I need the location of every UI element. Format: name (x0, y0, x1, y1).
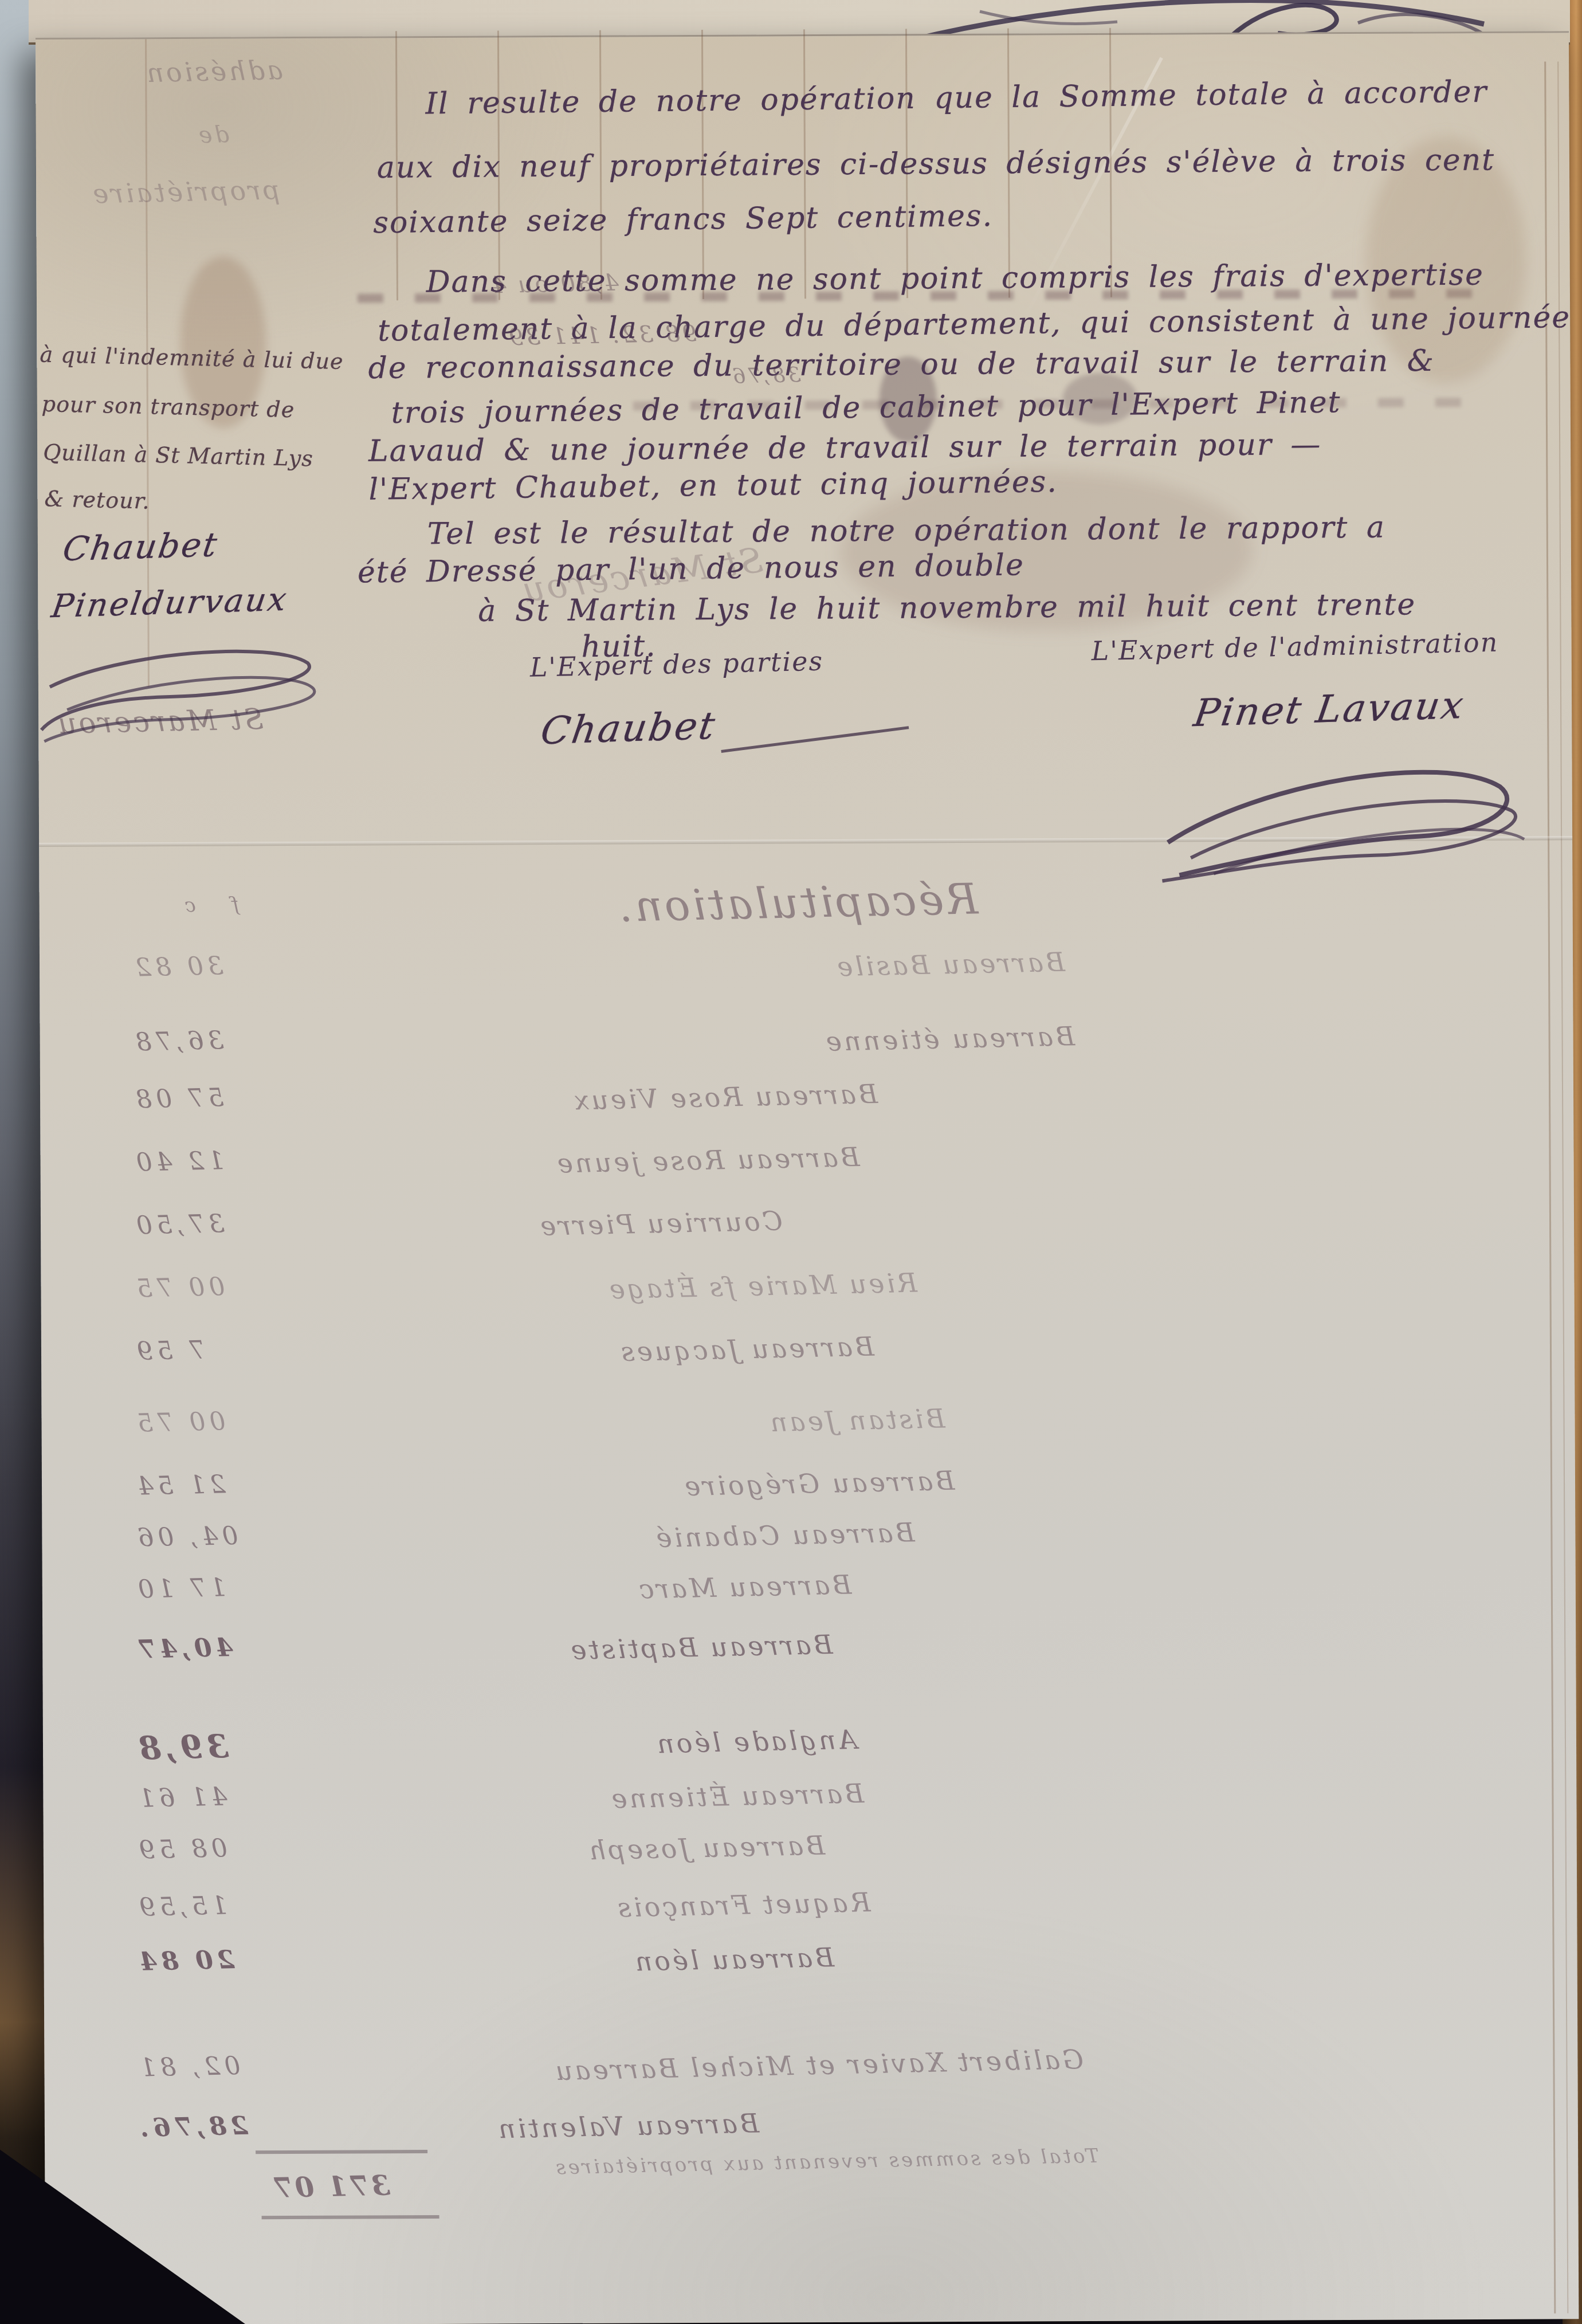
bleed-row: 39,8Anglade léon (43, 1722, 1576, 1781)
bleed-row-name: Barreau Rose jeune (555, 1141, 860, 1179)
bleed-row: 37,50Courrieu Pierre (41, 1204, 1574, 1262)
bleed-row: 36,78Barreau étienne (40, 1020, 1573, 1079)
bleed-row: 41 61Barreau Étienne (43, 1777, 1576, 1835)
bleed-row: 00 75Bistan Jean (41, 1402, 1575, 1460)
margin-line: pour son transport de (41, 391, 295, 422)
bleed-row: 02, 81Galibert Xavier et Michel Barreau (44, 2046, 1577, 2105)
text-line: aux dix neuf propriétaires ci-dessus dés… (377, 143, 1495, 185)
signature-flourish (26, 617, 325, 756)
bleed-row-amount: 12 40 (132, 1146, 225, 1177)
manuscript-page: adhésion de propriétaire 4,80 ou 4 98 32… (36, 31, 1579, 2324)
bleed-row-amount: 7 59 (132, 1336, 205, 1367)
margin-line: à qui l'indemnité à lui due (40, 342, 344, 374)
bleed-row: 21 54Barreau Grégoire (42, 1465, 1575, 1523)
bleed-text: de (196, 121, 229, 148)
bleed-row-amount: 57 08 (132, 1083, 225, 1114)
bleed-row: 15,59Raquet François (44, 1886, 1577, 1944)
bleed-row: 57 08Barreau Rose Vieux (40, 1078, 1573, 1136)
bleed-row-amount: 02, 81 (136, 2051, 241, 2083)
text-line: à St Martin Lys le huit novembre mil hui… (478, 587, 1416, 628)
bleed-row-name: Raquet François (615, 1887, 871, 1923)
bleed-row-amount: 15,59 (135, 1891, 228, 1922)
expert-parties-label: L'Expert des parties (529, 646, 823, 683)
total-rule (262, 2215, 439, 2219)
bleed-row-name: Anglade léon (654, 1724, 857, 1760)
bleed-row-name: Rieu Marie fs Étage (607, 1267, 917, 1305)
bleed-row-name: Barreau léon (633, 1942, 834, 1977)
bleed-total-amount: 371 07 (271, 2170, 391, 2205)
bleed-row: 7 59Barreau Jacques (41, 1330, 1575, 1388)
expert-parties-signature: Chaubet (538, 704, 719, 753)
text-line: trois journées de travail de cabinet pou… (391, 385, 1341, 430)
bleed-row-name: Barreau Marc (637, 1569, 851, 1605)
signature: Chaubet (60, 525, 221, 568)
bleed-row-name: Barreau Joseph (586, 1830, 825, 1866)
bleed-row-name: Galibert Xavier et Michel Barreau (553, 2044, 1084, 2086)
bleed-row-name: Barreau Basile (835, 947, 1066, 983)
bleed-row-name: Bistan Jean (768, 1403, 945, 1438)
manuscript-photo: adhésion de propriétaire 4,80 ou 4 98 32… (0, 0, 1582, 2324)
bleed-row-amount: 30 82 (131, 951, 224, 982)
signature-stroke (721, 726, 909, 753)
text-line: Tel est le résultat de notre opération d… (427, 511, 1386, 552)
bleed-row-amount: 40,47 (134, 1633, 234, 1665)
bleed-table-title: Récapitulation. (617, 874, 979, 932)
bleed-row: 00 75Rieu Marie fs Étage (41, 1267, 1574, 1325)
bleed-row-amount: 37,50 (132, 1209, 225, 1240)
bleed-row: 17 10Barreau Marc (42, 1568, 1576, 1626)
bleed-row: 30 82Barreau Basile (40, 946, 1573, 1004)
bleed-row-name: Barreau Baptiste (568, 1629, 833, 1666)
bleed-row-name: Barreau Jacques (618, 1331, 874, 1368)
bleed-row: 12 40Barreau Rose jeune (40, 1141, 1573, 1199)
bleed-unit-header: f c (170, 893, 239, 917)
bleed-row: 04, 06Barreau Cabanié (42, 1516, 1575, 1575)
bleed-row-amount: 08 59 (135, 1834, 227, 1864)
text-line: Il resulte de notre opération que la Som… (425, 74, 1487, 121)
expert-administration-label: L'Expert de l'administration (1091, 627, 1499, 666)
bleed-row-amount: 39,8 (134, 1728, 229, 1768)
margin-line: & retour. (44, 486, 150, 513)
bleed-row-amount: 41 61 (135, 1782, 227, 1813)
bleed-row-name: Barreau Rose Vieux (572, 1078, 878, 1116)
bleed-row: 40,47Barreau Baptiste (42, 1628, 1576, 1686)
bleed-row-name: Barreau Étienne (609, 1778, 865, 1815)
signature-flourish (1144, 701, 1546, 892)
bleed-row-name: Barreau Cabanié (654, 1517, 915, 1553)
bleed-row-name: Courrieu Pierre (538, 1206, 783, 1242)
bleed-row: 20 84Barreau léon (44, 1940, 1577, 1999)
text-line: de reconnaissance du territoire ou de tr… (368, 344, 1435, 386)
bleed-row-amount: 21 54 (133, 1470, 226, 1501)
text-line: Lavaud & une journée de travail sur le t… (368, 427, 1322, 469)
bleed-text: propriétaire (91, 174, 280, 209)
bleed-row-amount: 28,76. (136, 2111, 248, 2143)
bleed-row-name: Barreau Grégoire (682, 1465, 955, 1502)
bleed-row-amount: 17 10 (134, 1573, 226, 1604)
bleed-text: adhésion (144, 54, 283, 88)
bleed-row-amount: 04, 06 (134, 1521, 238, 1553)
text-line: soixante seize francs Sept centimes. (373, 199, 993, 240)
bleed-row: 08 59Barreau Joseph (44, 1828, 1577, 1887)
bleed-row-amount: 00 75 (132, 1272, 225, 1303)
bleed-row-name: Barreau étienne (823, 1020, 1075, 1057)
margin-line: Quillan à St Martin Lys (43, 439, 314, 471)
bleed-row-name: Barreau Valentin (496, 2108, 759, 2145)
bleed-row-amount: 36,78 (131, 1026, 224, 1057)
bleed-row-amount: 20 84 (135, 1945, 235, 1977)
bleed-row-amount: 00 75 (133, 1407, 226, 1438)
